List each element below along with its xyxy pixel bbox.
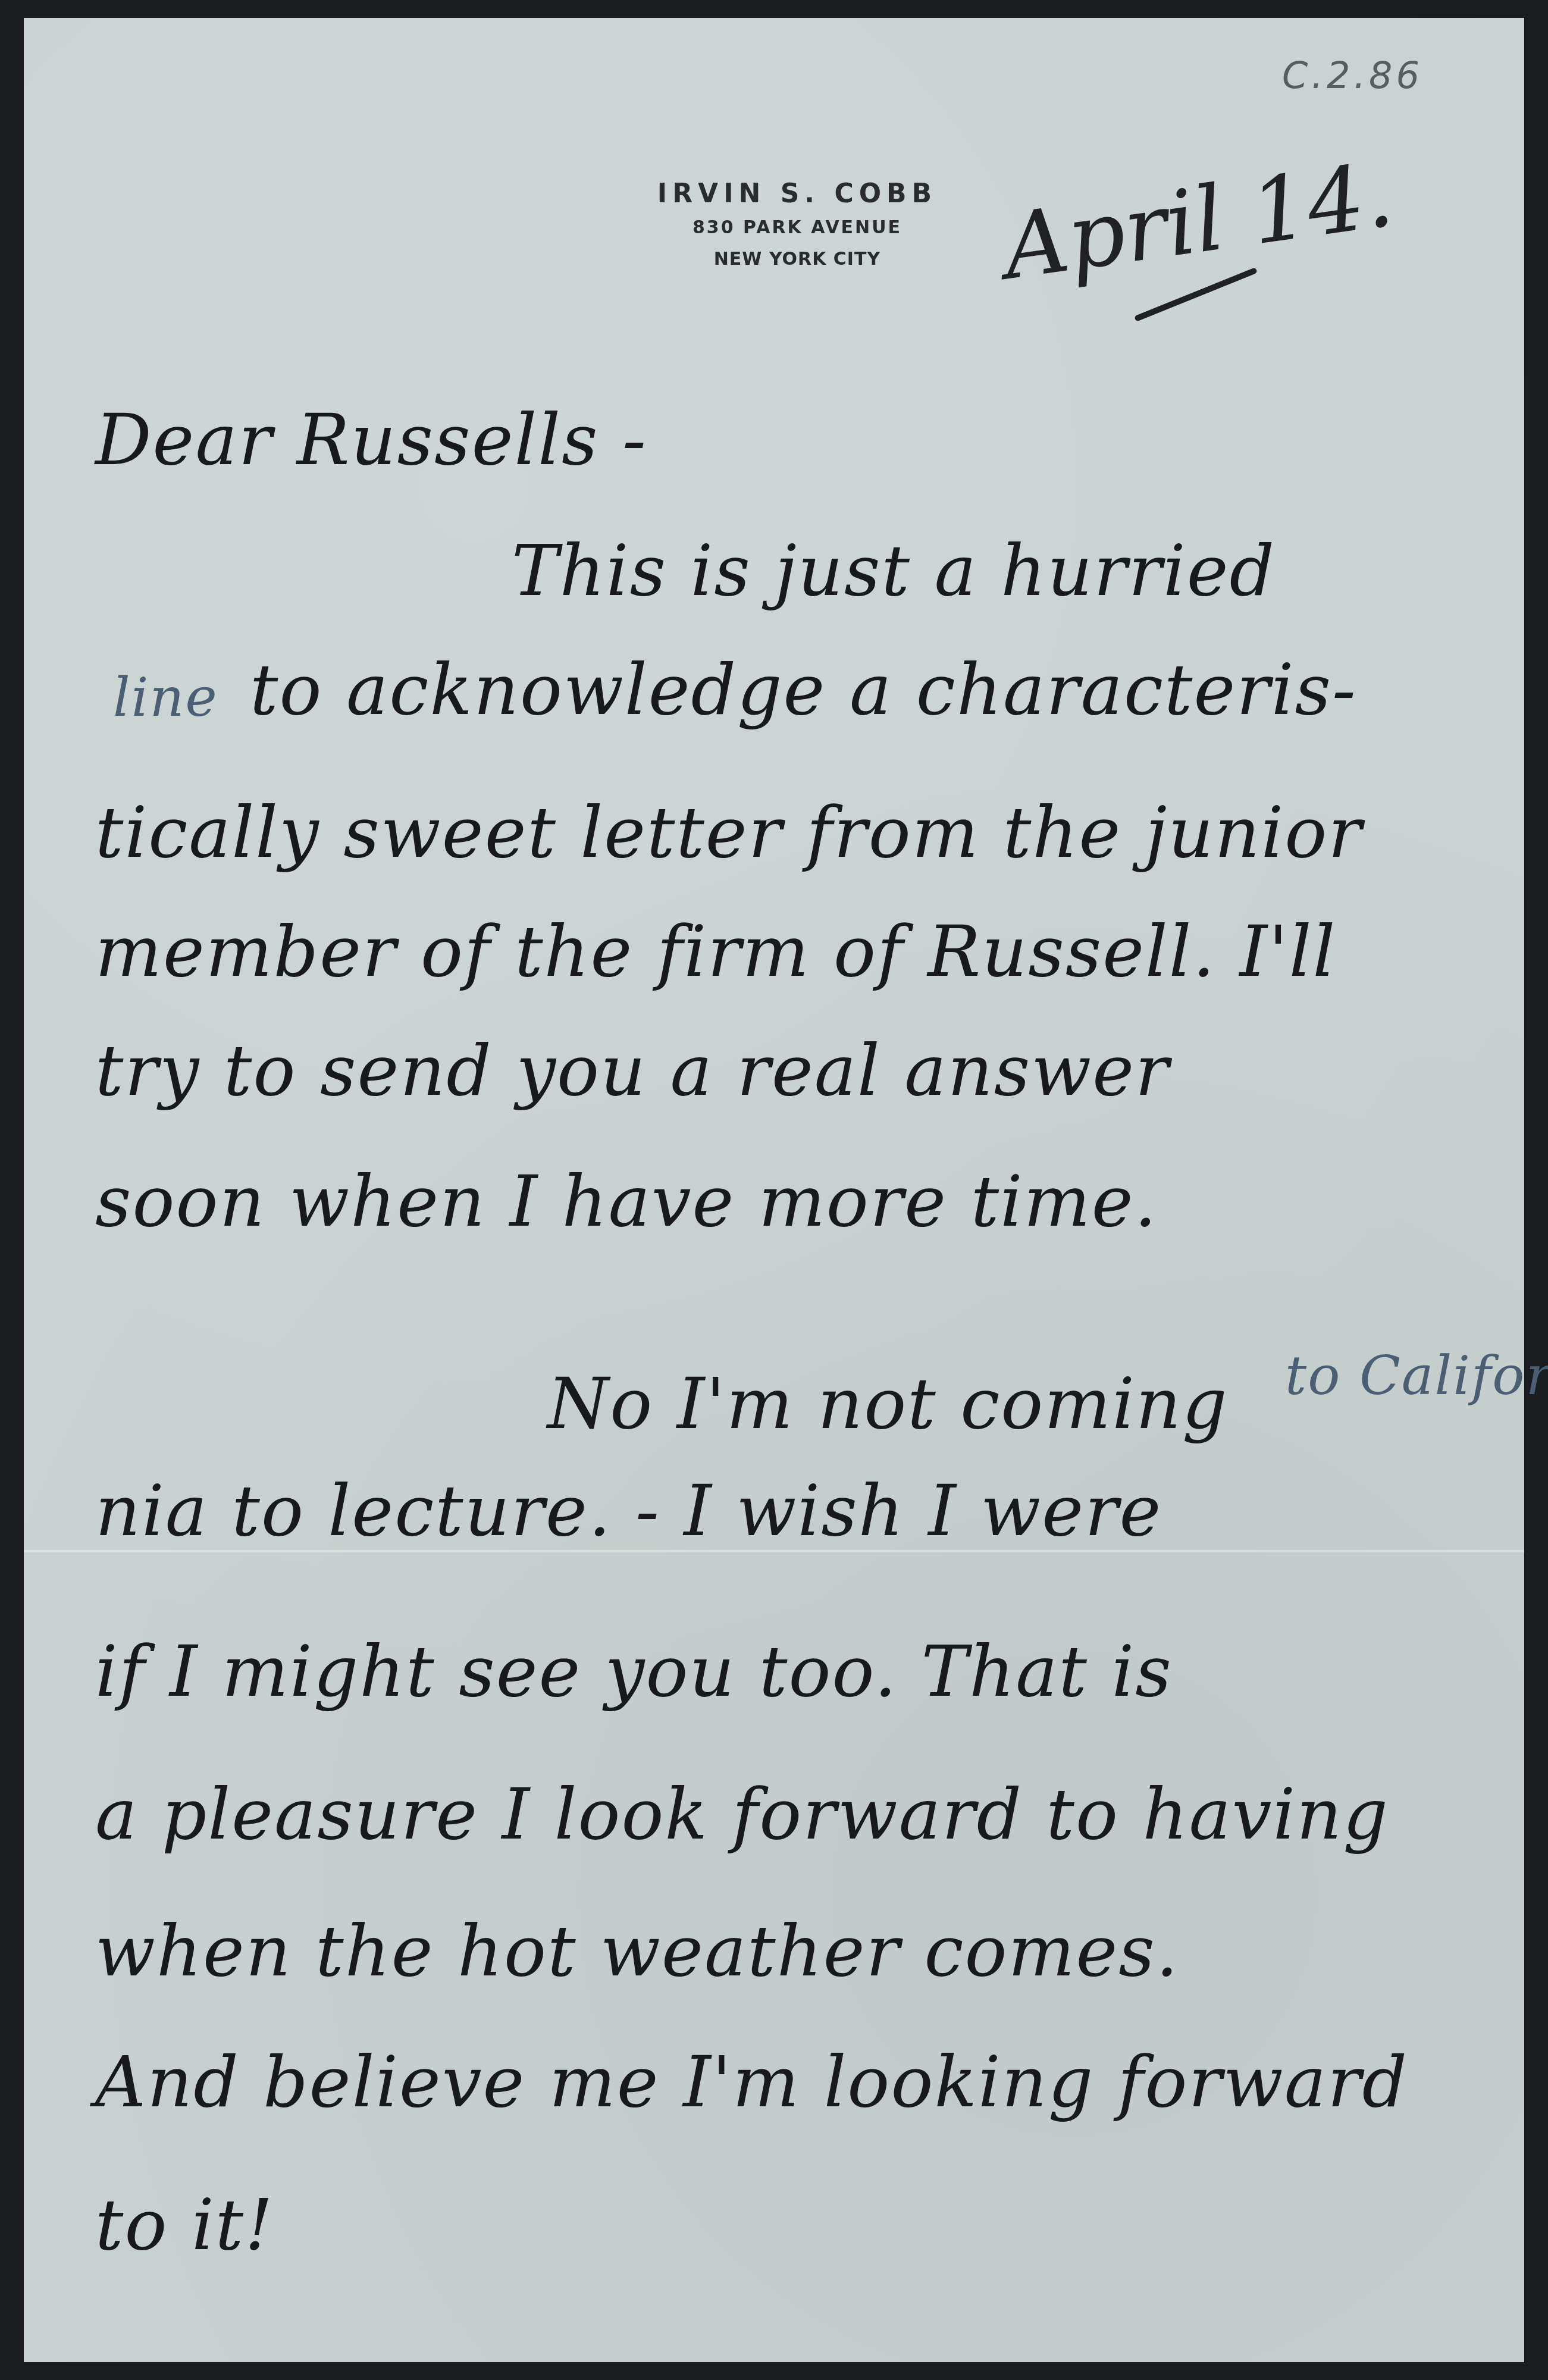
body-line: to acknowledge a characteris-	[250, 649, 1357, 731]
body-line: try to send you a real answer	[95, 1029, 1170, 1111]
body-line: This is just a hurried	[512, 530, 1276, 612]
body-line: nia to lecture. - I wish I were	[95, 1470, 1162, 1552]
body-insertion-line: line	[113, 666, 218, 729]
salutation: Dear Russells -	[95, 399, 647, 481]
body-line: member of the firm of Russell. I'll	[95, 910, 1336, 992]
body-line: tically sweet letter from the junior	[95, 791, 1363, 873]
body-line: to it!	[95, 2184, 274, 2266]
letter-body: Dear Russells - This is just a hurried l…	[24, 18, 1524, 2362]
body-line: a pleasure I look forward to having	[95, 1773, 1389, 1855]
letter-paper: C.2.86 IRVIN S. COBB 830 PARK AVENUE NEW…	[24, 18, 1524, 2362]
body-line: if I might see you too. That is	[95, 1630, 1173, 1712]
body-line: when the hot weather comes.	[95, 1910, 1179, 1992]
body-line: And believe me I'm looking forward	[95, 2041, 1408, 2123]
body-line: soon when I have more time.	[95, 1160, 1158, 1242]
body-insertion-california: to Califor-	[1285, 1345, 1548, 1407]
body-line: No I'm not coming	[547, 1363, 1229, 1445]
